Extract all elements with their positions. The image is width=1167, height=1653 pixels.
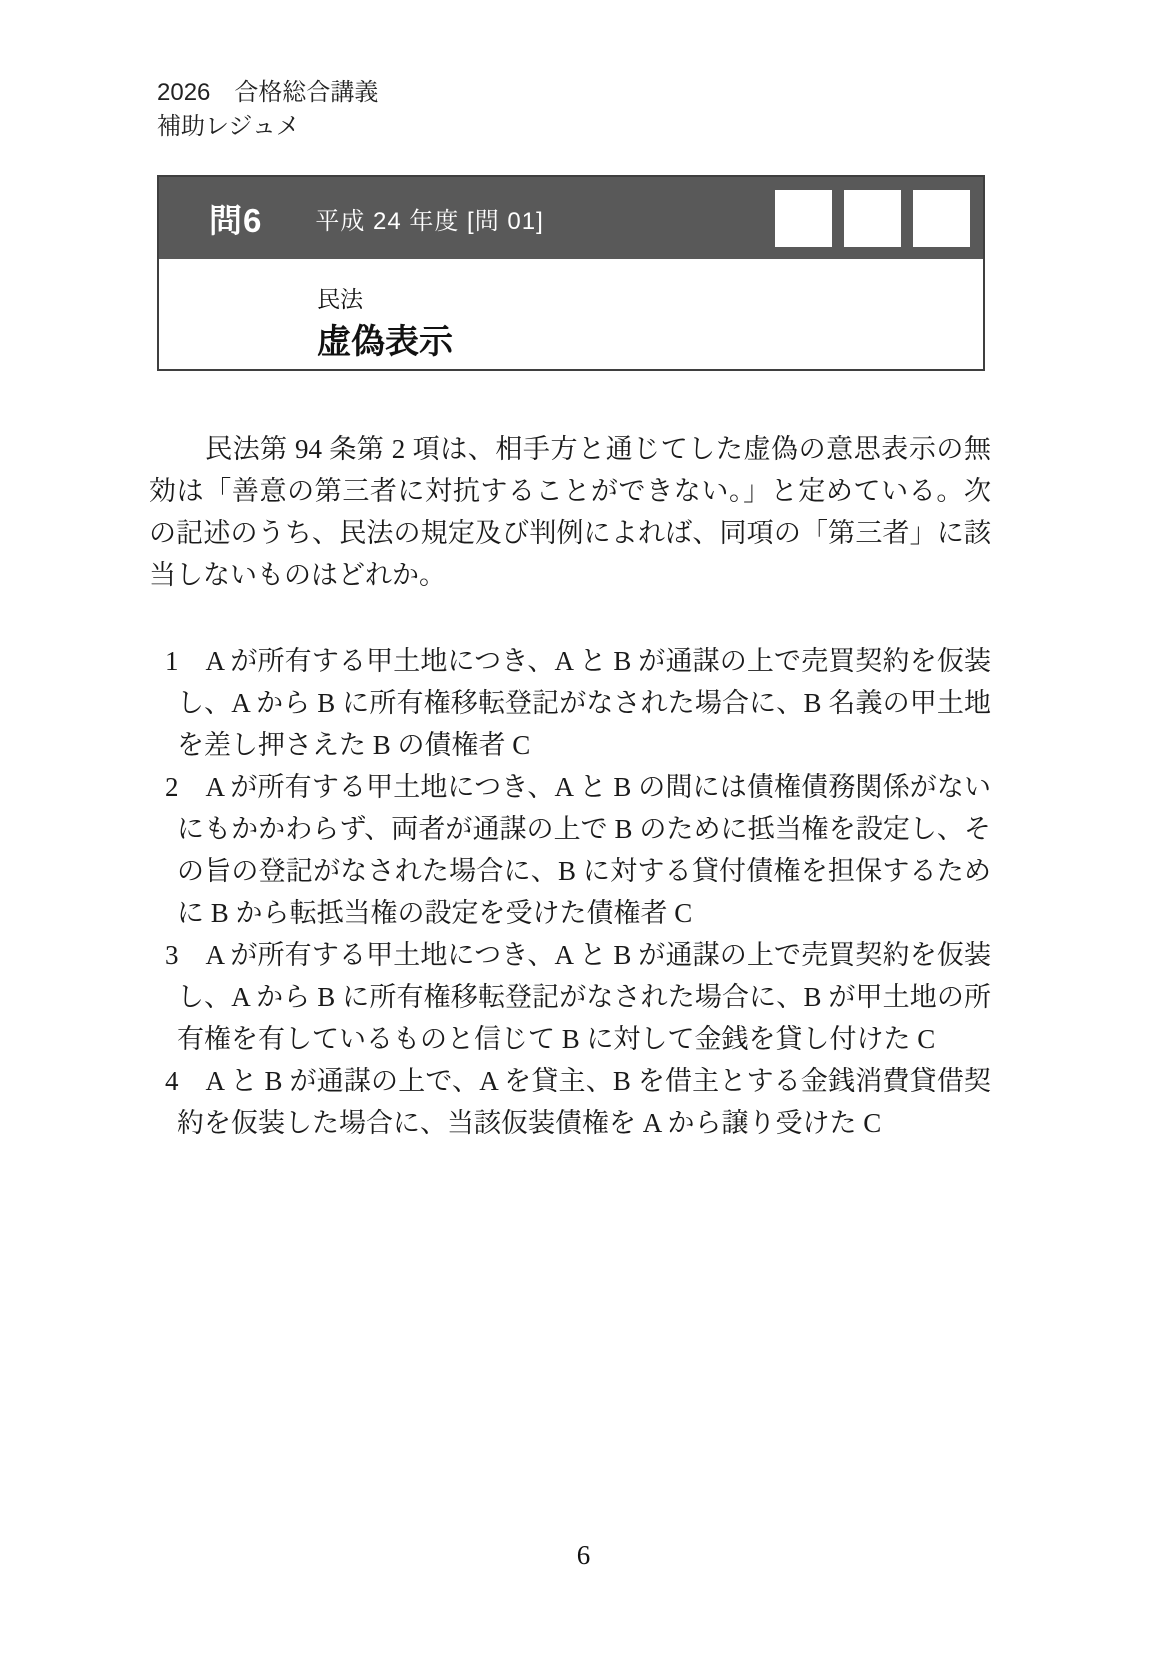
question-number-label: 問6 (209, 195, 262, 242)
question-topic-panel: 民法 虚偽表示 (159, 259, 983, 369)
question-banner: 問6 平成 24 年度 [問 01] (159, 177, 983, 259)
choice-text: A が所有する甲土地につき、A と B が通謀の上で売買契約を仮装し、A から … (177, 940, 991, 1054)
doc-subtitle: 補助レジュメ (157, 110, 378, 144)
choice-text: A と B が通謀の上で、A を貸主、B を借主とする金銭消費貸借契約を仮装した… (177, 1066, 991, 1138)
question-header-box: 問6 平成 24 年度 [問 01] 民法 虚偽表示 (157, 175, 985, 371)
choice-item-3: 3A が所有する甲土地につき、A と B が通謀の上で売買契約を仮装し、A から… (165, 934, 991, 1060)
document-page: 2026 合格総合講義 補助レジュメ 問6 平成 24 年度 [問 01] 民法… (0, 0, 1167, 1653)
choice-item-4: 4A と B が通謀の上で、A を貸主、B を借主とする金銭消費貸借契約を仮装し… (165, 1060, 991, 1144)
choice-item-2: 2A が所有する甲土地につき、A と B の間には債権債務関係がないにもかかわら… (165, 766, 991, 934)
course-title: 2026 合格総合講義 (157, 76, 378, 110)
exam-reference-label: 平成 24 年度 [問 01] (315, 201, 543, 236)
question-text: 民法第 94 条第 2 項は、相手方と通じてした虚偽の意思表示の無効は「善意の第… (149, 428, 991, 596)
choice-number: 3 (165, 940, 179, 970)
choice-number: 2 (165, 772, 179, 802)
page-number: 6 (0, 1540, 1167, 1571)
answer-check-square (775, 190, 832, 247)
subject-label: 民法 (317, 287, 983, 312)
choices-list: 1A が所有する甲土地につき、A と B が通謀の上で売買契約を仮装し、A から… (165, 640, 991, 1144)
choice-item-1: 1A が所有する甲土地につき、A と B が通謀の上で売買契約を仮装し、A から… (165, 640, 991, 766)
choice-number: 1 (165, 646, 179, 676)
answer-check-square (844, 190, 901, 247)
choice-text: A が所有する甲土地につき、A と B が通謀の上で売買契約を仮装し、A から … (177, 646, 991, 760)
doc-header: 2026 合格総合講義 補助レジュメ (157, 76, 378, 144)
choice-number: 4 (165, 1066, 179, 1096)
answer-check-square (913, 190, 970, 247)
choice-text: A が所有する甲土地につき、A と B の間には債権債務関係がないにもかかわらず… (177, 772, 991, 928)
topic-title: 虚偽表示 (317, 324, 983, 360)
